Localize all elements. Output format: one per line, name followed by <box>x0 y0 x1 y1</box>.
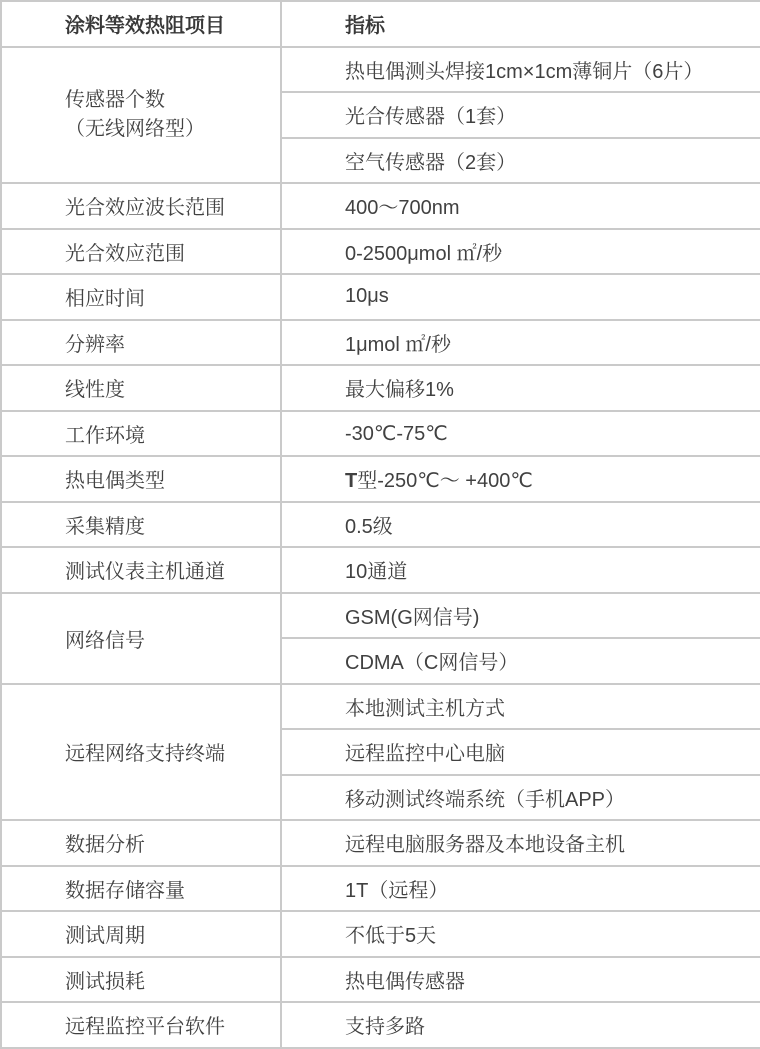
indicator-column-header: 指标 <box>281 1 760 47</box>
row-label-data-analysis: 数据分析 <box>1 820 281 866</box>
row-value: 热电偶传感器 <box>281 957 760 1003</box>
table-row: 数据存储容量 1T（远程） <box>1 866 760 912</box>
row-value: T型-250℃～ +400℃ <box>281 456 760 502</box>
table-row: 光合效应波长范围 400～700nm <box>1 183 760 229</box>
table-row: 采集精度 0.5级 <box>1 502 760 548</box>
thermocouple-type-prefix: T <box>345 470 357 492</box>
row-label-monitoring-platform: 远程监控平台软件 <box>1 1002 281 1048</box>
thermocouple-type-rest: 型-250℃～ +400℃ <box>357 470 533 492</box>
row-label-wavelength-range: 光合效应波长范围 <box>1 183 281 229</box>
row-value: 0-2500μmol ㎡/秒 <box>281 229 760 275</box>
row-label-storage-capacity: 数据存储容量 <box>1 866 281 912</box>
row-value: 远程电脑服务器及本地设备主机 <box>281 820 760 866</box>
row-label-operating-environment: 工作环境 <box>1 411 281 457</box>
table-row: 传感器个数 （无线网络型） 热电偶测头焊接1cm×1cm薄铜片（6片） <box>1 47 760 93</box>
row-label-acquisition-accuracy: 采集精度 <box>1 502 281 548</box>
row-value: CDMA（C网信号） <box>281 638 760 684</box>
table-row: 热电偶类型 T型-250℃～ +400℃ <box>1 456 760 502</box>
table-row: 工作环境 -30℃-75℃ <box>1 411 760 457</box>
row-value: 不低于5天 <box>281 911 760 957</box>
row-value: 空气传感器（2套） <box>281 138 760 184</box>
row-label-line: （无线网络型） <box>65 115 272 144</box>
table-row: 相应时间 10μs <box>1 274 760 320</box>
row-label-thermocouple-type: 热电偶类型 <box>1 456 281 502</box>
table-row: 远程监控平台软件 支持多路 <box>1 1002 760 1048</box>
table-row: 光合效应范围 0-2500μmol ㎡/秒 <box>1 229 760 275</box>
row-value: -30℃-75℃ <box>281 411 760 457</box>
row-value: 400～700nm <box>281 183 760 229</box>
row-label-remote-terminals: 远程网络支持终端 <box>1 684 281 821</box>
row-value: 远程监控中心电脑 <box>281 729 760 775</box>
table-row: 线性度 最大偏移1% <box>1 365 760 411</box>
row-label-network-signal: 网络信号 <box>1 593 281 684</box>
row-label-resolution: 分辨率 <box>1 320 281 366</box>
row-label-sensor-count: 传感器个数 （无线网络型） <box>1 47 281 184</box>
row-value: 本地测试主机方式 <box>281 684 760 730</box>
table-row: 远程网络支持终端 本地测试主机方式 <box>1 684 760 730</box>
row-value: 热电偶测头焊接1cm×1cm薄铜片（6片） <box>281 47 760 93</box>
project-column-header: 涂料等效热阻项目 <box>1 1 281 47</box>
table-row: 测试损耗 热电偶传感器 <box>1 957 760 1003</box>
spec-sheet-page: 涂料等效热阻项目 指标 传感器个数 （无线网络型） 热电偶测头焊接1cm×1cm… <box>0 0 760 1049</box>
row-value: 最大偏移1% <box>281 365 760 411</box>
table-row: 测试仪表主机通道 10通道 <box>1 547 760 593</box>
table-row: 数据分析 远程电脑服务器及本地设备主机 <box>1 820 760 866</box>
row-value: GSM(G网信号) <box>281 593 760 639</box>
table-row: 分辨率 1μmol ㎡/秒 <box>1 320 760 366</box>
row-value: 0.5级 <box>281 502 760 548</box>
table-header-row: 涂料等效热阻项目 指标 <box>1 1 760 47</box>
row-label-response-time: 相应时间 <box>1 274 281 320</box>
row-value: 移动测试终端系统（手机APP） <box>281 775 760 821</box>
row-label-linearity: 线性度 <box>1 365 281 411</box>
row-label-host-channels: 测试仪表主机通道 <box>1 547 281 593</box>
row-value: 1μmol ㎡/秒 <box>281 320 760 366</box>
row-label-test-cycle: 测试周期 <box>1 911 281 957</box>
table-row: 网络信号 GSM(G网信号) <box>1 593 760 639</box>
row-label-test-consumption: 测试损耗 <box>1 957 281 1003</box>
spec-table: 涂料等效热阻项目 指标 传感器个数 （无线网络型） 热电偶测头焊接1cm×1cm… <box>0 0 760 1049</box>
row-label-par-range: 光合效应范围 <box>1 229 281 275</box>
row-value: 10通道 <box>281 547 760 593</box>
row-value: 1T（远程） <box>281 866 760 912</box>
row-value: 10μs <box>281 274 760 320</box>
table-row: 测试周期 不低于5天 <box>1 911 760 957</box>
row-label-line: 传感器个数 <box>65 86 272 115</box>
row-value: 支持多路 <box>281 1002 760 1048</box>
row-value: 光合传感器（1套） <box>281 92 760 138</box>
